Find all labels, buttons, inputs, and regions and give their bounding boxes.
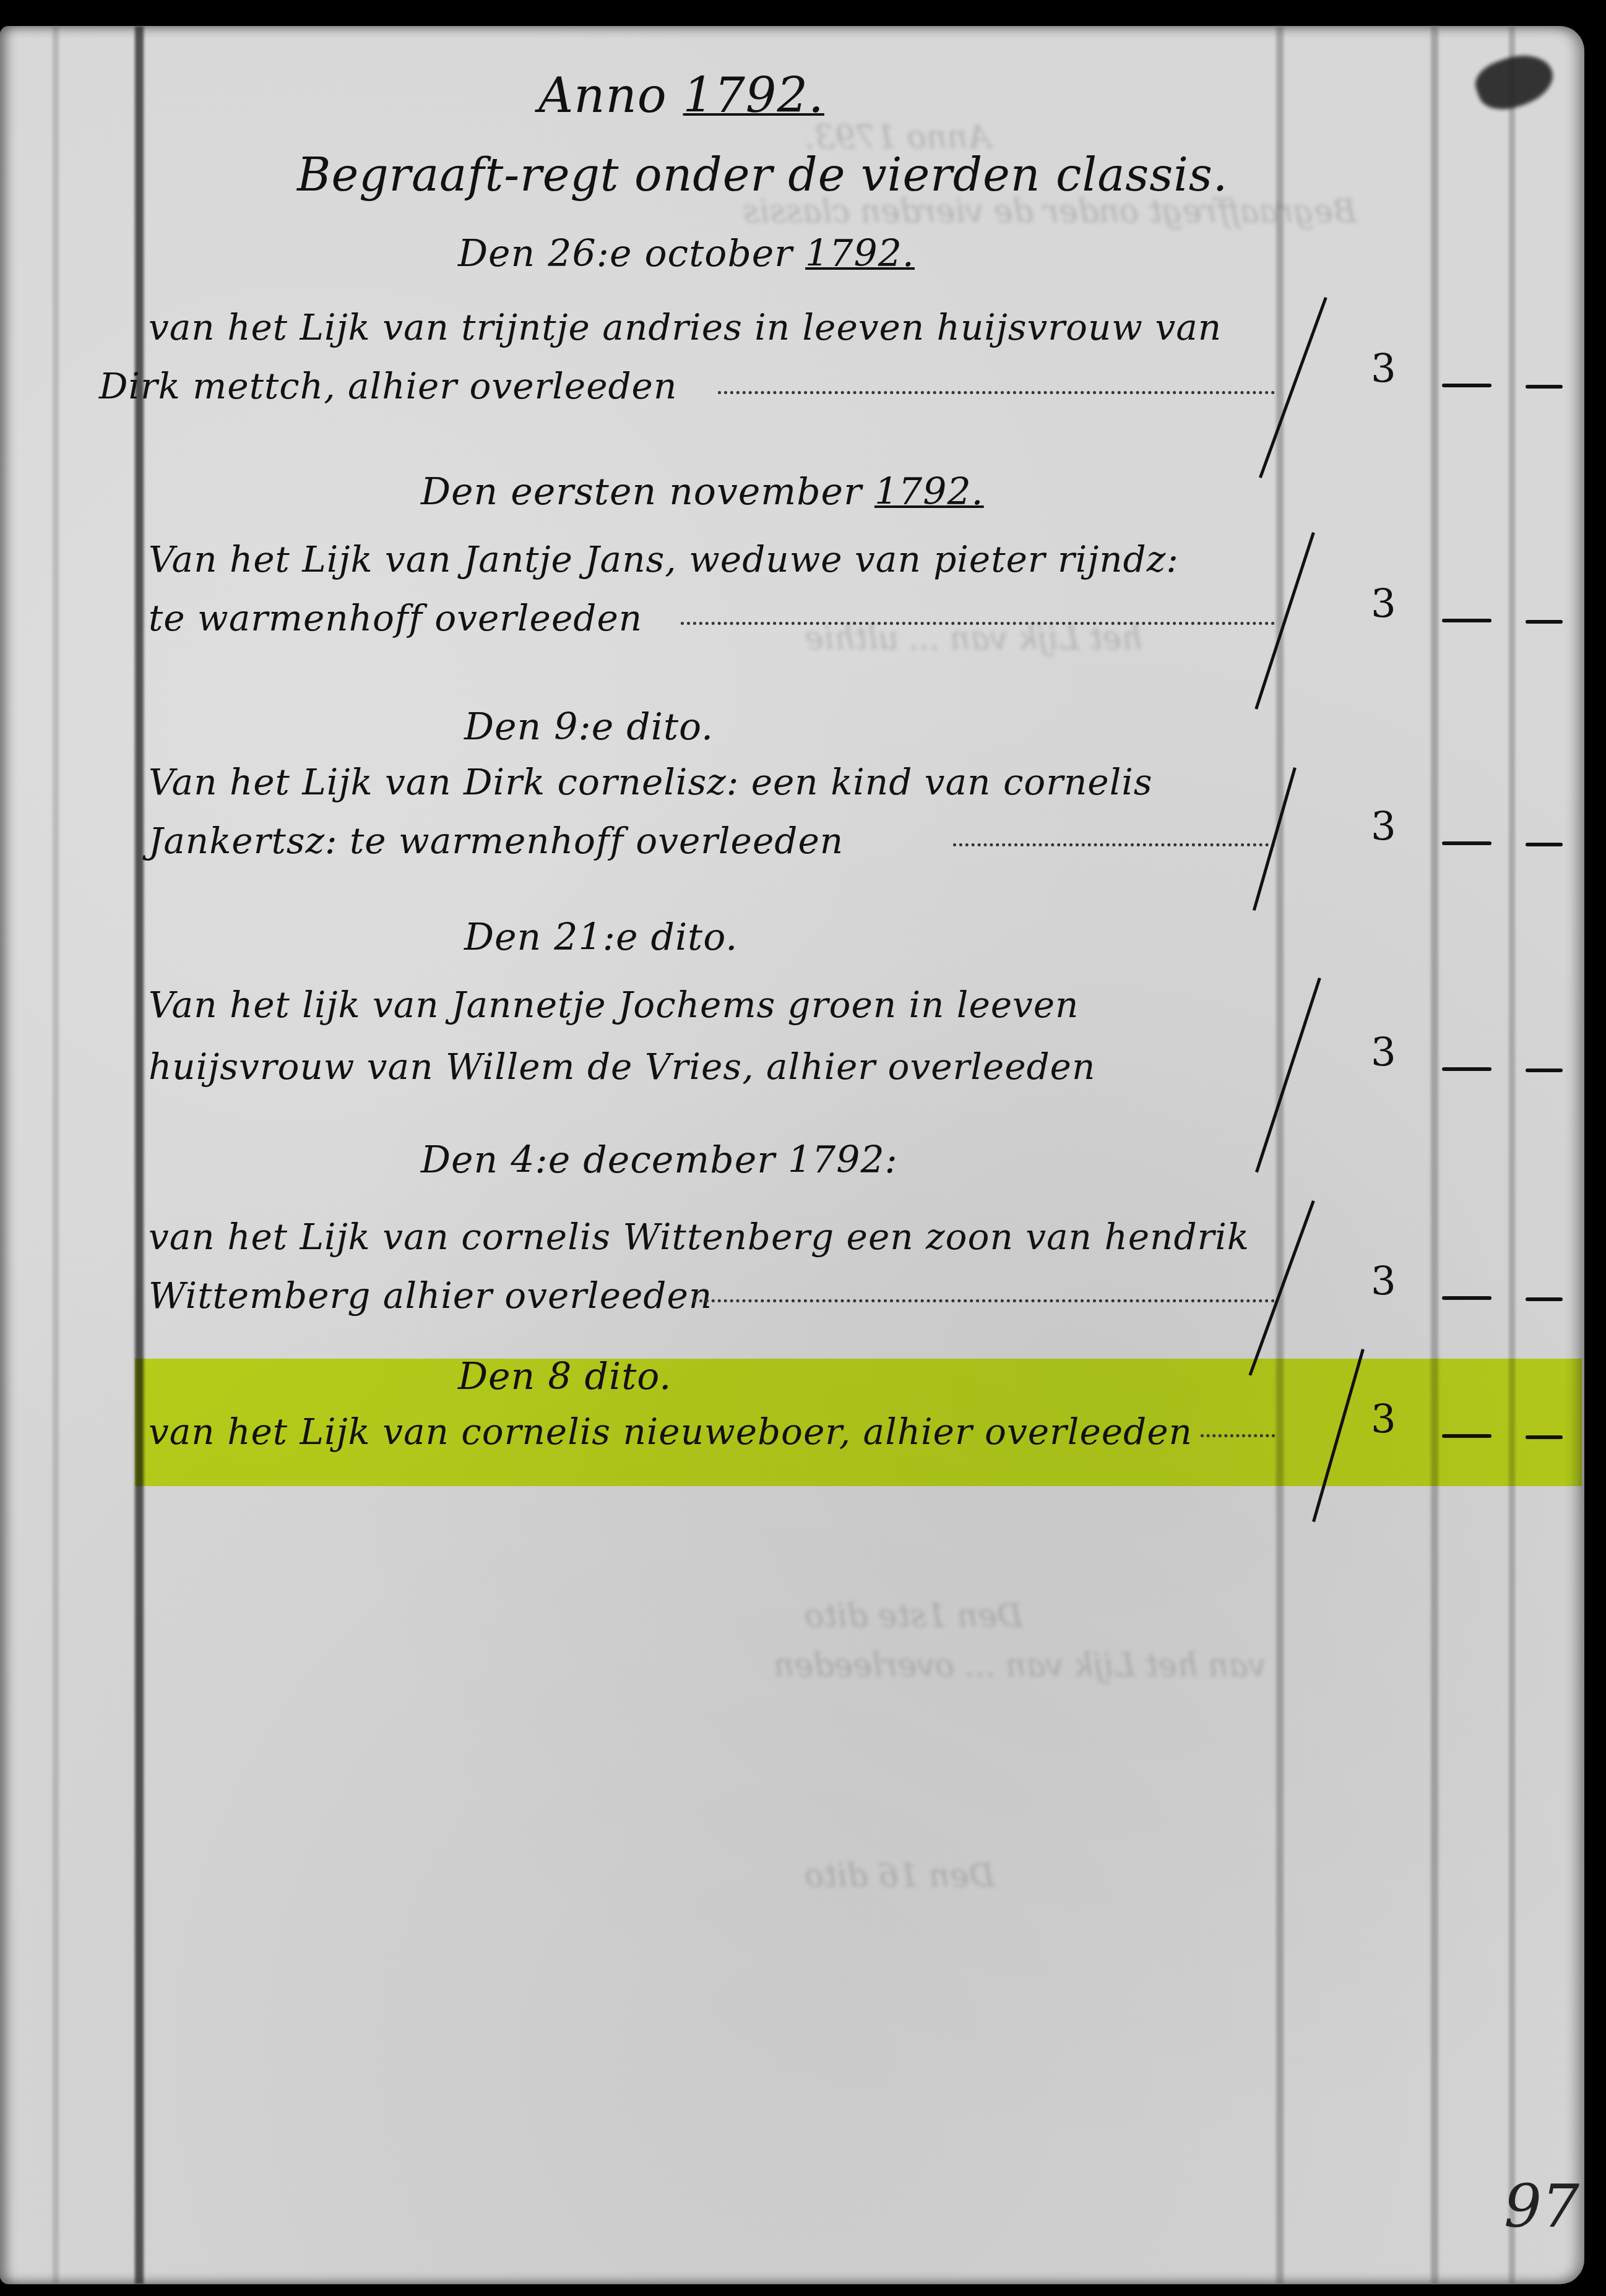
entry-line: Wittemberg alhier overleeden (149, 1275, 712, 1317)
entry-date: Den 21:e dito. (464, 916, 738, 959)
leader-dots (693, 1299, 1275, 1302)
amount-dash (1526, 843, 1563, 846)
amount-dash (1442, 841, 1492, 845)
bleed-through-text: Den 16 dito (805, 1857, 995, 1894)
folio-number: 97 (1504, 2172, 1579, 2241)
amount-dash (1442, 1296, 1492, 1300)
amount-dash (1526, 1435, 1563, 1439)
entry-date: Den 26:e october 1792. (458, 232, 915, 275)
entry-line: Dirk mettch, alhier overleeden (99, 365, 677, 407)
anno-year: 1792. (683, 68, 824, 124)
entry-line: van het Lijk van cornelis Wittenberg een… (149, 1216, 1250, 1258)
entry-line: van het Lijk van trijntje andries in lee… (149, 306, 1222, 348)
entry-line: Van het lijk van Jannetje Jochems groen … (149, 984, 1079, 1026)
entry-line: Van het Lijk van Jantje Jans, weduwe van… (149, 538, 1179, 580)
amount-column-rule-3 (1509, 26, 1515, 2284)
bleed-through-text: het Lijk van ... ulthie (805, 620, 1142, 657)
entry-amount: 3 (1371, 582, 1396, 627)
amount-dash (1442, 1067, 1492, 1071)
entry-date: Den eersten november 1792. (421, 470, 984, 514)
amount-dash (1442, 384, 1492, 387)
leader-dots (681, 622, 1275, 625)
amount-column-rule (1276, 26, 1284, 2284)
entry-amount: 3 (1371, 346, 1396, 392)
amount-dash (1526, 1068, 1563, 1072)
entry-amount: 3 (1371, 1259, 1396, 1305)
amount-dash (1526, 1297, 1563, 1301)
amount-dash (1526, 620, 1563, 624)
entry-line-highlighted: van het Lijk van cornelis nieuweboer, al… (149, 1411, 1193, 1453)
entry-date: Den 4:e december 1792: (421, 1138, 898, 1182)
amount-dash (1442, 1434, 1492, 1438)
amount-dash (1442, 619, 1492, 622)
entry-amount: 3 (1371, 1030, 1396, 1076)
bleed-through-text: Den 1ste dito (805, 1597, 1023, 1635)
entry-line: Jankertsz: te warmenhoff overleeden (149, 820, 844, 862)
leader-dots (953, 843, 1275, 846)
leader-dots (718, 391, 1275, 394)
ink-blot (1470, 45, 1560, 118)
entry-line: te warmenhoff overleeden (149, 597, 642, 639)
entry-line: Van het Lijk van Dirk cornelisz: een kin… (149, 761, 1153, 803)
entry-amount: 3 (1371, 1397, 1396, 1443)
register-subtitle: Begraaft-regt onder de vierden classis. (297, 148, 1228, 202)
anno-label: Anno (538, 68, 667, 124)
entry-date: Den 9:e dito. (464, 705, 714, 749)
entry-amount: 3 (1371, 804, 1396, 850)
entry-line: huijsvrouw van Willem de Vries, alhier o… (149, 1046, 1095, 1088)
entry-date: Den 8 dito. (458, 1355, 671, 1398)
amount-dash (1526, 385, 1563, 389)
bleed-through-text: van het Lijk van ... overleeden (774, 1647, 1266, 1684)
leader-dots (1201, 1434, 1275, 1437)
amount-column-rule-2 (1431, 26, 1438, 2284)
margin-shadow (53, 26, 59, 2284)
page-title: Anno 1792. (538, 68, 824, 124)
